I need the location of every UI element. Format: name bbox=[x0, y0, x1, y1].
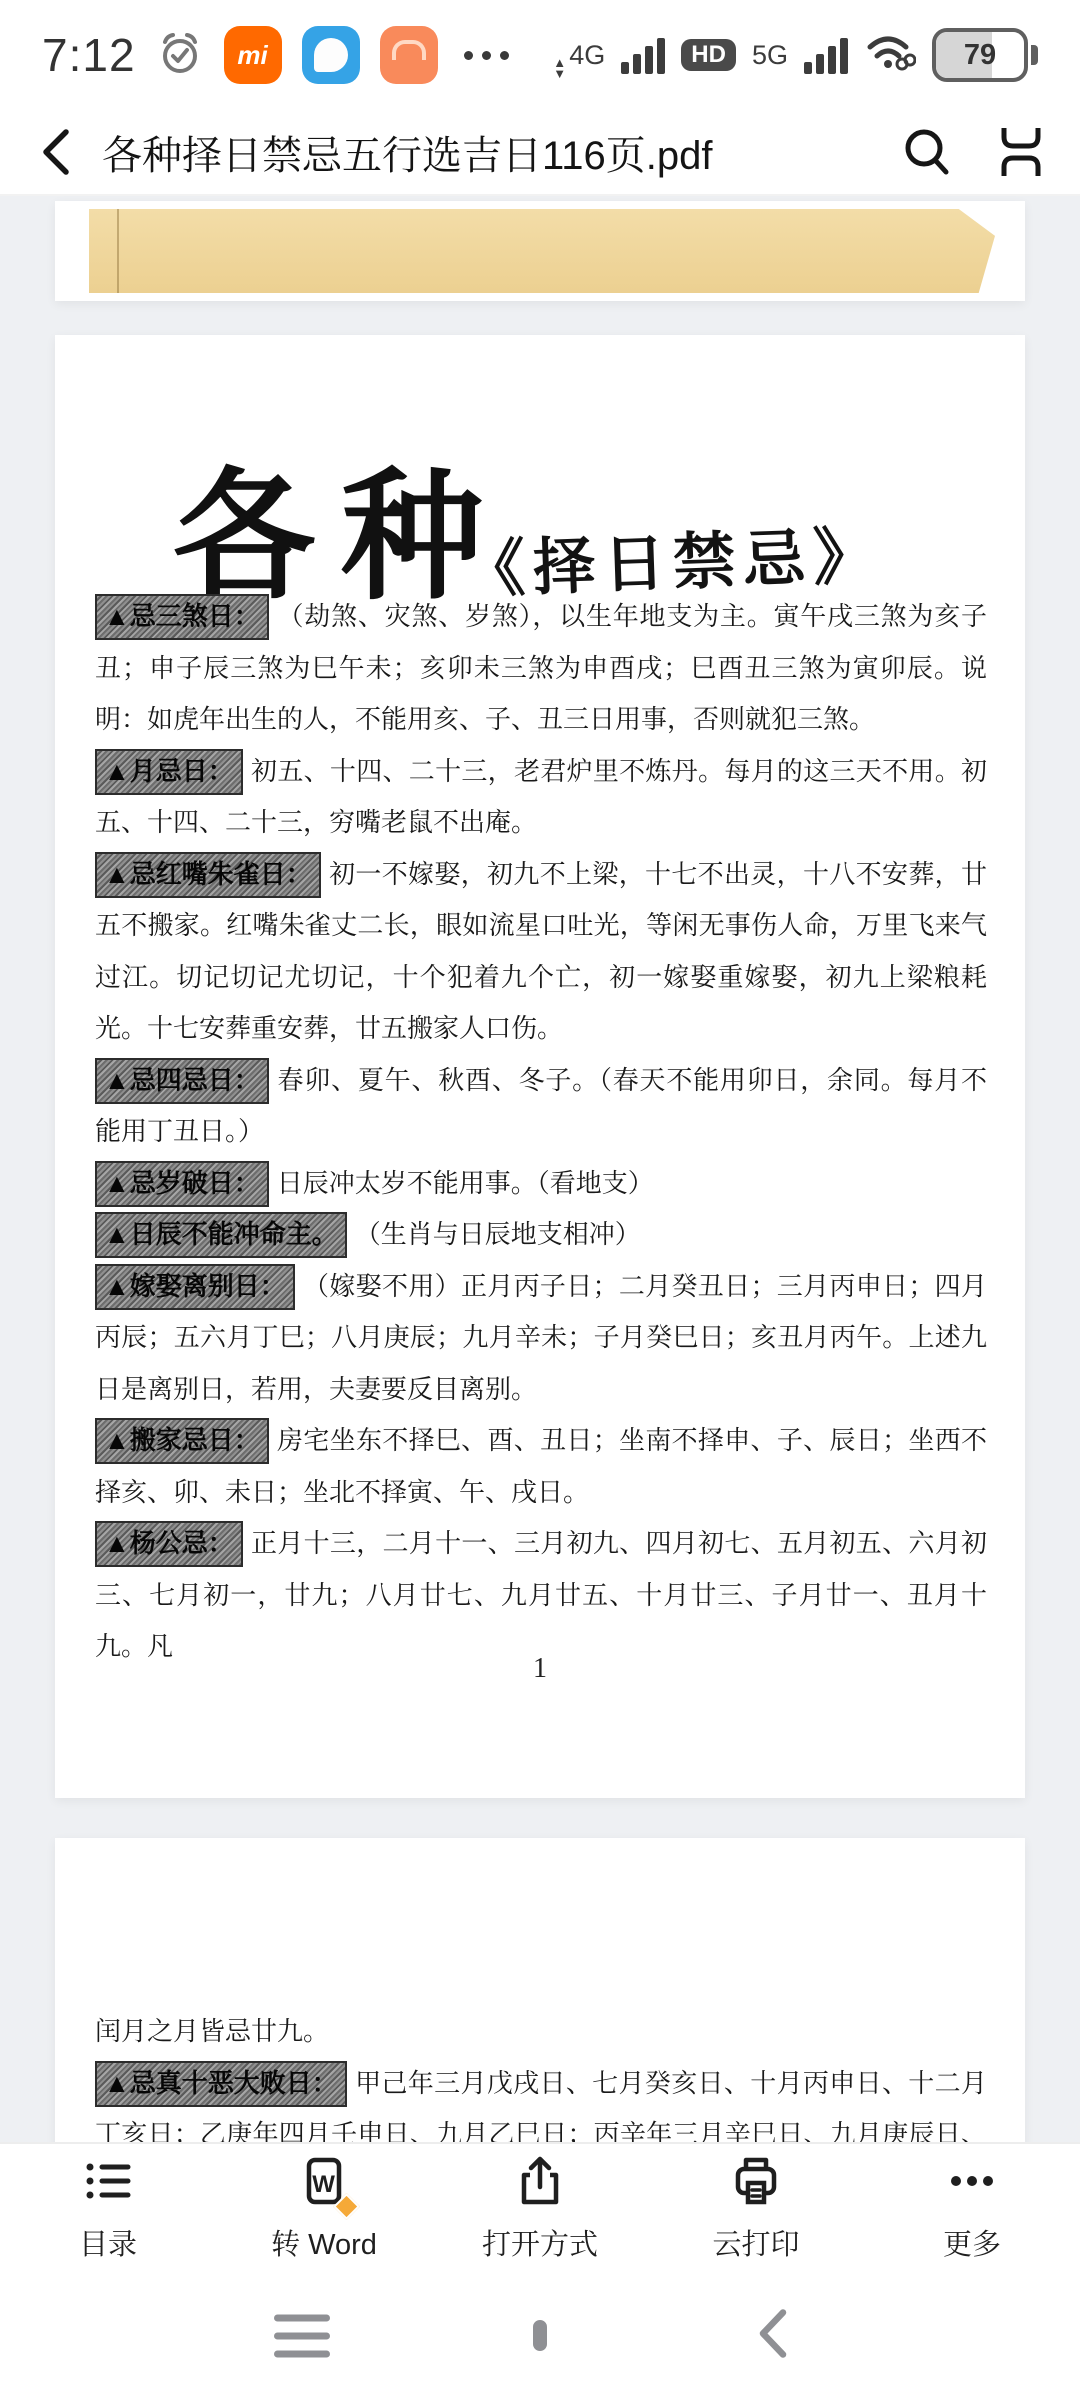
status-bar-left: 7:12 mi bbox=[42, 26, 509, 84]
home-icon[interactable] bbox=[533, 2327, 547, 2345]
doc-paragraph: 闰月之月皆忌廿九。 bbox=[95, 2006, 987, 2058]
open-with-button[interactable]: 打开方式 bbox=[432, 2144, 648, 2272]
more-icon bbox=[944, 2153, 1000, 2214]
word-letter: W bbox=[312, 2171, 335, 2199]
doc-heading-highlight: ▲嫁娶离别日： bbox=[95, 1264, 295, 1310]
doc-paragraph: ▲月忌日：初五、十四、二十三，老君炉里不炼丹。每月的这三天不用。初五、十四、二十… bbox=[95, 746, 987, 849]
hd-badge: HD bbox=[681, 39, 736, 71]
toc-button[interactable]: 目录 bbox=[0, 2144, 216, 2272]
search-icon[interactable] bbox=[900, 124, 952, 180]
back-icon[interactable] bbox=[34, 124, 76, 180]
doc-heading-highlight: ▲忌红嘴朱雀日： bbox=[95, 852, 321, 898]
doc-paragraph: ▲忌四忌日：春卯、夏午、秋酉、冬子。（春天不能用卯日，余同。每月不能用丁丑日。） bbox=[95, 1055, 987, 1158]
status-bar-right: ▲▼ 4G HD 5G 79 bbox=[569, 28, 1038, 82]
signal-bars-4g-icon bbox=[621, 36, 665, 74]
store-app-icon bbox=[380, 26, 438, 84]
app-title-bar: 各种择日禁忌五行选吉日116页.pdf bbox=[0, 110, 1080, 196]
network-5g-label: 5G bbox=[752, 40, 788, 71]
battery-icon: 79 bbox=[932, 28, 1028, 82]
data-arrows-icon: ▲▼ bbox=[553, 57, 566, 79]
more-apps-icon bbox=[464, 51, 509, 60]
cloud-print-label: 云打印 bbox=[712, 2222, 799, 2263]
pdf-page-1: 各种 《择日禁忌》 ▲忌三煞日：（劫煞、灾煞、岁煞），以生年地支为主。寅午戌三煞… bbox=[55, 335, 1025, 1798]
bag-handle-glyph bbox=[392, 40, 426, 60]
cloud-print-button[interactable]: 云打印 bbox=[648, 2144, 864, 2272]
word-convert-icon: W bbox=[296, 2153, 352, 2214]
doc-paragraph: ▲嫁娶离别日：（嫁娶不用）正月丙子日；二月癸丑日；三月丙申日；四月丙辰；五六月丁… bbox=[95, 1261, 987, 1416]
pdf-scroll-area[interactable]: 各种 《择日禁忌》 ▲忌三煞日：（劫煞、灾煞、岁煞），以生年地支为主。寅午戌三煞… bbox=[0, 196, 1080, 2142]
toc-label: 目录 bbox=[79, 2222, 137, 2263]
recents-icon[interactable] bbox=[274, 2315, 330, 2358]
battery-nub bbox=[1031, 45, 1038, 65]
doc-heading-highlight: ▲杨公忌： bbox=[95, 1521, 243, 1567]
system-nav-bar bbox=[0, 2272, 1080, 2400]
open-with-label: 打开方式 bbox=[482, 2222, 598, 2263]
signal-bars-5g-icon bbox=[804, 36, 848, 74]
reader-tools-icon[interactable] bbox=[996, 124, 1046, 180]
toc-list-icon bbox=[80, 2153, 136, 2214]
doc-heading-highlight: ▲忌真十恶大败日： bbox=[95, 2061, 347, 2107]
doc-heading-highlight: ▲忌四忌日： bbox=[95, 1058, 269, 1104]
battery-indicator: 79 bbox=[932, 28, 1038, 82]
alarm-clock-icon bbox=[156, 29, 204, 82]
pdf-page-2: 闰月之月皆忌廿九。▲忌真十恶大败日：甲己年三月戊戌日、七月癸亥日、十月丙申日、十… bbox=[55, 1838, 1025, 2142]
doc-paragraph: ▲日辰不能冲命主。（生肖与日辰地支相冲） bbox=[95, 1209, 987, 1261]
open-with-icon bbox=[512, 2153, 568, 2214]
book-cover-edge bbox=[89, 209, 995, 293]
doc-body-page1: ▲忌三煞日：（劫煞、灾煞、岁煞），以生年地支为主。寅午戌三煞为亥子丑；申子辰三煞… bbox=[95, 591, 987, 1673]
pdf-page-previous-fragment bbox=[55, 201, 1025, 301]
cloud-print-icon bbox=[728, 2153, 784, 2214]
doc-paragraph: ▲忌真十恶大败日：甲己年三月戊戌日、七月癸亥日、十月丙申日、十二月丁亥日；乙庚年… bbox=[95, 2058, 987, 2143]
home-square-glyph bbox=[533, 2320, 547, 2351]
clock-time: 7:12 bbox=[42, 28, 136, 82]
battery-percent: 79 bbox=[964, 39, 996, 72]
nav-back-icon[interactable] bbox=[750, 2304, 794, 2369]
doc-heading-highlight: ▲日辰不能冲命主。 bbox=[95, 1212, 347, 1258]
document-title: 各种择日禁忌五行选吉日116页.pdf bbox=[102, 124, 900, 181]
wifi-icon bbox=[864, 31, 916, 80]
doc-heading-highlight: ▲忌三煞日： bbox=[95, 594, 269, 640]
doc-heading-highlight: ▲搬家忌日： bbox=[95, 1418, 269, 1464]
mi-app-icon: mi bbox=[224, 26, 282, 84]
convert-word-label: 转 Word bbox=[271, 2222, 377, 2263]
doc-paragraph: ▲忌岁破日：日辰冲太岁不能用事。（看地支） bbox=[95, 1158, 987, 1210]
book-cover-crease bbox=[117, 209, 119, 293]
doc-heading-highlight: ▲忌岁破日： bbox=[95, 1161, 269, 1207]
doc-body-page2: 闰月之月皆忌廿九。▲忌真十恶大败日：甲己年三月戊戌日、七月癸亥日、十月丙申日、十… bbox=[95, 2006, 987, 2142]
convert-word-button[interactable]: W 转 Word bbox=[216, 2144, 432, 2272]
doc-paragraph: ▲杨公忌：正月十三，二月十一、三月初九、四月初七、五月初五、六月初三、七月初一，… bbox=[95, 1518, 987, 1673]
leaf-glyph bbox=[314, 38, 348, 72]
notes-app-icon bbox=[302, 26, 360, 84]
doc-paragraph: ▲搬家忌日：房宅坐东不择巳、酉、丑日；坐南不择申、子、辰日；坐西不择亥、卯、未日… bbox=[95, 1415, 987, 1518]
phone-screen: 7:12 mi ▲▼ 4G HD 5G bbox=[0, 0, 1080, 2400]
doc-paragraph: ▲忌红嘴朱雀日：初一不嫁娶，初九不上梁，十七不出灵，十八不安葬，廿五不搬家。红嘴… bbox=[95, 849, 987, 1055]
doc-paragraph: ▲忌三煞日：（劫煞、灾煞、岁煞），以生年地支为主。寅午戌三煞为亥子丑；申子辰三煞… bbox=[95, 591, 987, 746]
more-label: 更多 bbox=[943, 2222, 1001, 2263]
status-bar: 7:12 mi ▲▼ 4G HD 5G bbox=[0, 0, 1080, 110]
more-button[interactable]: 更多 bbox=[864, 2144, 1080, 2272]
network-4g-label: ▲▼ 4G bbox=[569, 40, 605, 71]
bottom-toolbar: 目录 W 转 Word 打开方式 bbox=[0, 2142, 1080, 2272]
page-number: 1 bbox=[55, 1653, 1025, 1685]
doc-heading-highlight: ▲月忌日： bbox=[95, 749, 243, 795]
